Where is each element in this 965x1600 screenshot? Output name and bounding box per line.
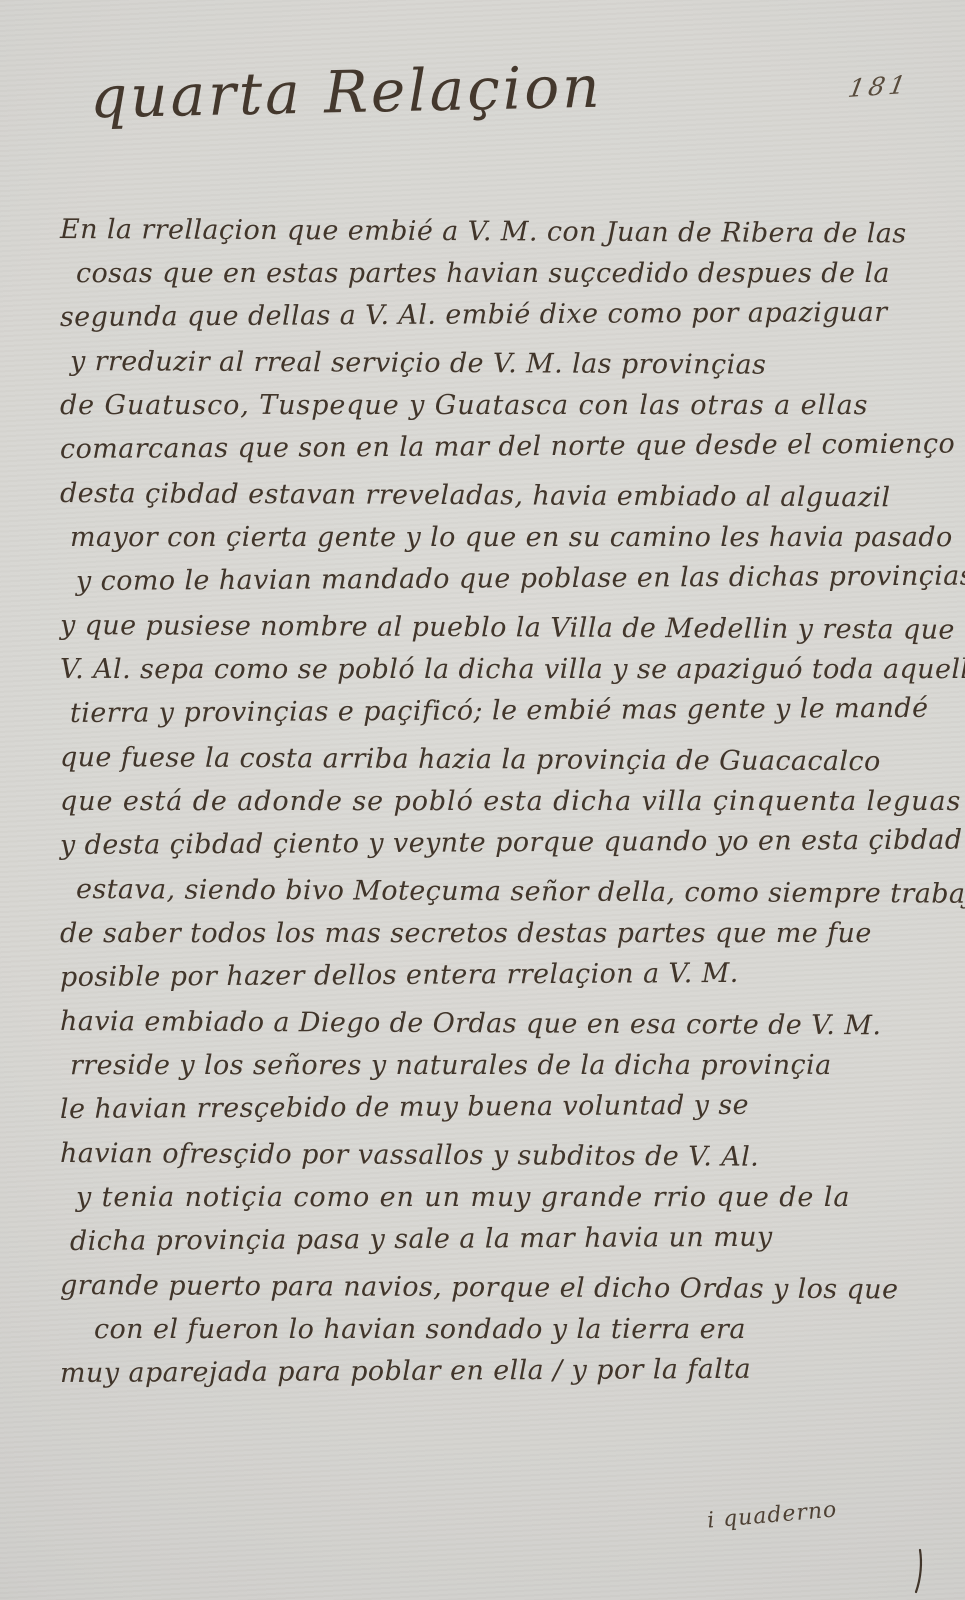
manuscript-line: y desta çibdad çiento y veynte porque qu… [60,819,912,868]
manuscript-line: dicha provinçia pasa y sale a la mar hav… [70,1215,912,1264]
manuscript-line: grande puerto para navios, porque el dic… [60,1264,912,1312]
manuscript-line: En la rrellaçion que embié a V. M. con J… [60,208,912,256]
manuscript-line: cosas que en estas partes havian suçcedi… [76,252,912,296]
manuscript-line: V. Al. sepa como se pobló la dicha villa… [60,648,912,692]
manuscript-line: y rreduzir al rreal serviçio de V. M. la… [70,340,912,388]
manuscript-line: segunda que dellas a V. Al. embié dixe c… [60,291,912,340]
manuscript-line: y como le havian mandado que poblase en … [76,555,912,604]
manuscript-line: de Guatusco, Tuspeque y Guatasca con las… [60,384,912,428]
manuscript-line: mayor con çierta gente y lo que en su ca… [70,516,912,560]
manuscript-line: que fuese la costa arriba hazia la provi… [60,736,912,784]
manuscript-line: le havian rresçebido de muy buena volunt… [60,1083,912,1132]
manuscript-line: estava, siendo bivo Moteçuma señor della… [76,868,912,916]
manuscript-line: rreside y los señores y naturales de la … [70,1044,912,1088]
manuscript-line: y tenia notiçia como en un muy grande rr… [76,1176,912,1220]
manuscript-line: de saber todos los mas secretos destas p… [60,912,912,956]
manuscript-line: havia embiado a Diego de Ordas que en es… [60,1000,912,1048]
manuscript-line: y que pusiese nombre al pueblo la Villa … [60,604,912,652]
manuscript-line: comarcanas que son en la mar del norte q… [60,423,912,472]
manuscript-page: quarta Relaçion 181 En la rrellaçion que… [0,0,965,1600]
manuscript-line: havian ofresçido por vassallos y subdito… [60,1132,912,1180]
page-title: quarta Relaçion [89,53,603,132]
catchword: i quaderno [706,1497,838,1533]
manuscript-line: que está de adonde se pobló esta dicha v… [60,780,912,824]
manuscript-line: posible por hazer dellos entera rrelaçio… [60,951,912,1000]
manuscript-text-block: En la rrellaçion que embié a V. M. con J… [60,208,912,1396]
folio-number: 181 [846,70,912,103]
ink-flourish-mark [911,1548,925,1594]
manuscript-line: desta çibdad estavan rreveladas, havia e… [60,472,912,520]
manuscript-line: muy aparejada para poblar en ella / y po… [60,1347,912,1396]
manuscript-line: con el fueron lo havian sondado y la tie… [94,1308,912,1352]
manuscript-line: tierra y provinçias e paçificó; le embié… [70,687,912,736]
